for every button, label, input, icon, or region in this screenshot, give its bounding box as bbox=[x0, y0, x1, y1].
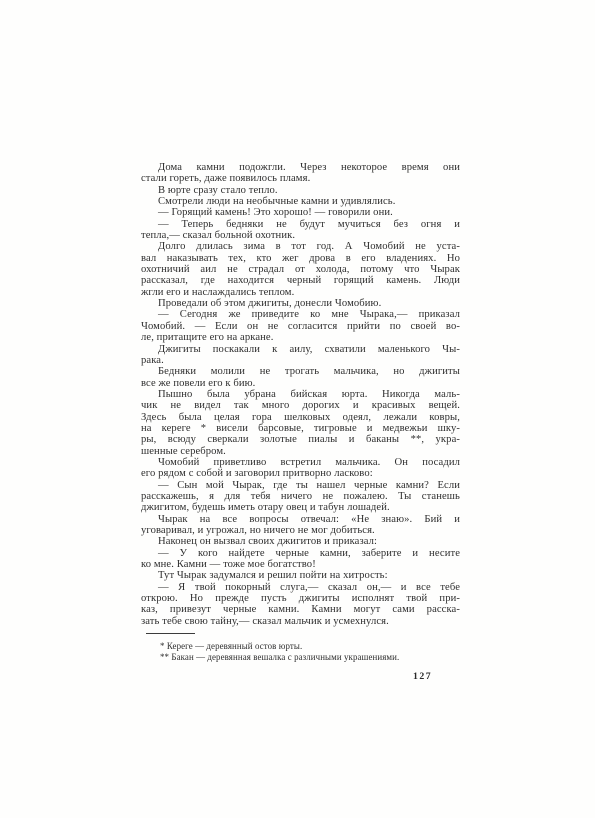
text-line: уговаривал, и угрожал, но ничего не мог … bbox=[141, 525, 460, 536]
text-line: — Я твой покорный слуга,— сказал он,— и … bbox=[141, 582, 460, 593]
text-line: каз, привезут черные камни. Камни могут … bbox=[141, 604, 460, 615]
paragraph: Чомобий приветливо встретил мальчика. Он… bbox=[141, 457, 460, 480]
text-line: ле, притащите его на аркане. bbox=[141, 332, 460, 343]
footnote: * Кереге — деревянный остов юрты. bbox=[141, 641, 463, 652]
page-number: 127 bbox=[413, 671, 432, 682]
text-line: Здесь была целая гора шелковых одеял, ле… bbox=[141, 412, 460, 423]
text-line: рассказал, где находится черный горящий … bbox=[141, 275, 460, 286]
text-line: Бедняки молили не трогать мальчика, но д… bbox=[141, 366, 460, 377]
text-line: Джигиты поскакали к аилу, схватили мален… bbox=[141, 344, 460, 355]
text-line: ко мне. Камни — тоже мое богатство! bbox=[141, 559, 460, 570]
text-line: — Теперь бедняки не будут мучиться без о… bbox=[141, 219, 460, 230]
text-line: рака. bbox=[141, 355, 460, 366]
paragraph: — Сын мой Чырак, где ты нашел черные кам… bbox=[141, 480, 460, 514]
text-line: В юрте сразу стало тепло. bbox=[141, 185, 460, 196]
text-line: — Сын мой Чырак, где ты нашел черные кам… bbox=[141, 480, 460, 491]
text-line: — Горящий камень! Это хорошо! — говорили… bbox=[141, 207, 460, 218]
paragraph: Пышно была убрана бийская юрта. Никогда … bbox=[141, 389, 460, 457]
paragraph: — Сегодня же приведите ко мне Чырака,— п… bbox=[141, 309, 460, 343]
text-line: Дома камни подожгли. Через некоторое вре… bbox=[141, 162, 460, 173]
paragraph: В юрте сразу стало тепло. bbox=[141, 185, 460, 196]
text-line: на кереге * висели барсовые, тигровые и … bbox=[141, 423, 460, 434]
text-line: шенные серебром. bbox=[141, 446, 460, 457]
text-line: вал наказывать тех, кто жег дрова в его … bbox=[141, 253, 460, 264]
text-line: его рядом с собой и заговорил притворно … bbox=[141, 468, 460, 479]
text-line: Чомобий. — Если он не согласится прийти … bbox=[141, 321, 460, 332]
paragraph: — Я твой покорный слуга,— сказал он,— и … bbox=[141, 582, 460, 627]
text-line: Чырак на все вопросы отвечал: «Не знаю».… bbox=[141, 514, 460, 525]
text-line: стали гореть, даже появилось пламя. bbox=[141, 173, 460, 184]
text-line: — У кого найдете черные камни, заберите … bbox=[141, 548, 460, 559]
paragraph: Дома камни подожгли. Через некоторое вре… bbox=[141, 162, 460, 185]
paragraph: Бедняки молили не трогать мальчика, но д… bbox=[141, 366, 460, 389]
text-line: ры, всюду сверкали золотые пиалы и бакан… bbox=[141, 434, 460, 445]
text-line: Пышно была убрана бийская юрта. Никогда … bbox=[141, 389, 460, 400]
paragraph: — У кого найдете черные камни, заберите … bbox=[141, 548, 460, 571]
text-line: Долго длилась зима в тот год. А Чомобий … bbox=[141, 241, 460, 252]
text-line: Наконец он вызвал своих джигитов и прика… bbox=[141, 536, 460, 547]
footnotes: * Кереге — деревянный остов юрты.** Бака… bbox=[141, 641, 463, 663]
paragraph: Смотрели люди на необычные камни и удивл… bbox=[141, 196, 460, 207]
paragraph: Долго длилась зима в тот год. А Чомобий … bbox=[141, 241, 460, 298]
text-line: Чомобий приветливо встретил мальчика. Он… bbox=[141, 457, 460, 468]
text-line: тепла,— сказал больной охотник. bbox=[141, 230, 460, 241]
text-line: охотничий аил не страдал от холода, пото… bbox=[141, 264, 460, 275]
text-line: зать тебе свою тайну,— сказал мальчик и … bbox=[141, 616, 460, 627]
paragraph: Чырак на все вопросы отвечал: «Не знаю».… bbox=[141, 514, 460, 537]
text-line: расскажешь, я для тебя ничего не пожалею… bbox=[141, 491, 460, 502]
text-block: Дома камни подожгли. Через некоторое вре… bbox=[141, 162, 460, 627]
footnote-divider bbox=[146, 633, 195, 634]
paragraph: — Горящий камень! Это хорошо! — говорили… bbox=[141, 207, 460, 218]
text-line: жгли его и наслаждались теплом. bbox=[141, 287, 460, 298]
text-line: Смотрели люди на необычные камни и удивл… bbox=[141, 196, 460, 207]
paragraph: Тут Чырак задумался и решил пойти на хит… bbox=[141, 570, 460, 581]
book-page-scan: Дома камни подожгли. Через некоторое вре… bbox=[0, 0, 595, 818]
text-line: джигитом, будешь иметь отару овец и табу… bbox=[141, 502, 460, 513]
text-line: — Сегодня же приведите ко мне Чырака,— п… bbox=[141, 309, 460, 320]
paragraph: Наконец он вызвал своих джигитов и прика… bbox=[141, 536, 460, 547]
paragraph: — Теперь бедняки не будут мучиться без о… bbox=[141, 219, 460, 242]
footnote: ** Бакан — деревянная вешалка с различны… bbox=[141, 652, 463, 663]
text-line: все же повели его к бию. bbox=[141, 378, 460, 389]
text-line: Тут Чырак задумался и решил пойти на хит… bbox=[141, 570, 460, 581]
text-line: чик не видел так много дорогих и красивы… bbox=[141, 400, 460, 411]
text-line: открою. Но прежде пусть джигиты исполнят… bbox=[141, 593, 460, 604]
paragraph: Проведали об этом джигиты, донесли Чомоб… bbox=[141, 298, 460, 309]
text-line: Проведали об этом джигиты, донесли Чомоб… bbox=[141, 298, 460, 309]
paragraph: Джигиты поскакали к аилу, схватили мален… bbox=[141, 344, 460, 367]
